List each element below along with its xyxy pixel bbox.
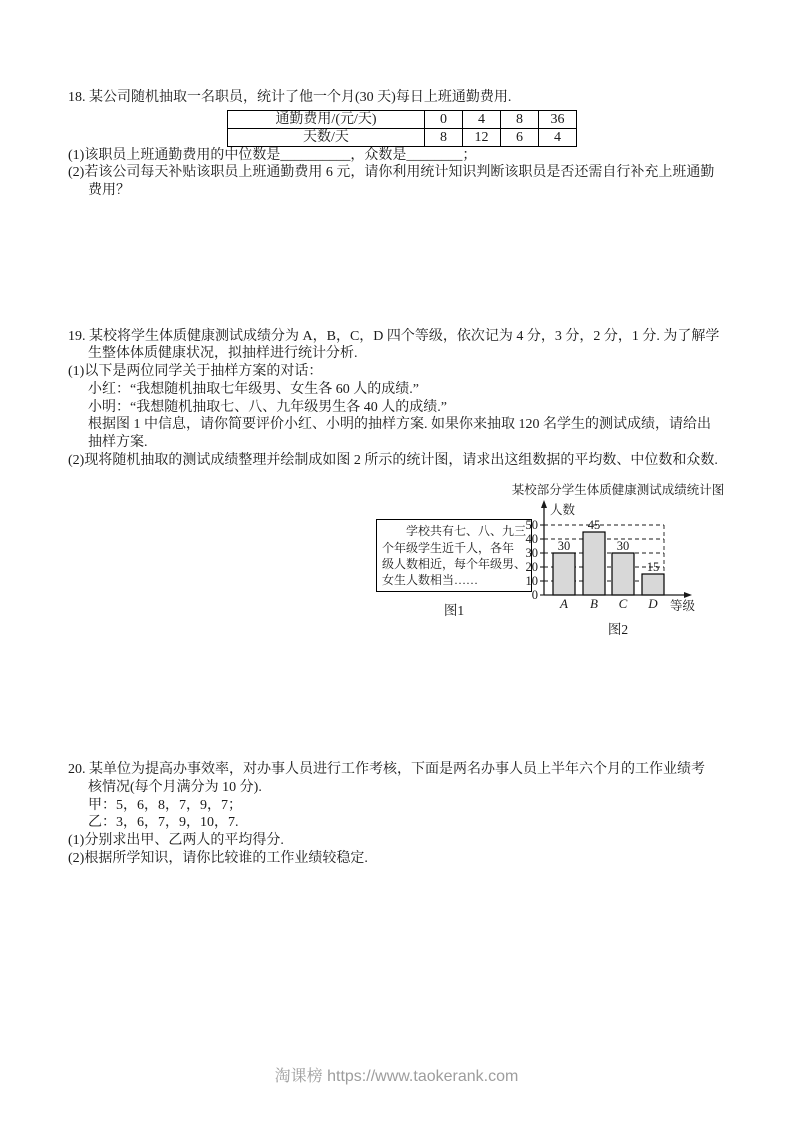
text-line: 费用？ — [68, 182, 780, 200]
text-line: (2)根据所学知识，请你比较谁的工作业绩较稳定. — [68, 850, 780, 868]
text-line: 19. 某校将学生体质健康测试成绩分为 A，B，C，D 四个等级，依次记为 4 … — [68, 328, 780, 346]
text-line: (1)分别求出甲、乙两人的平均得分. — [68, 832, 780, 850]
q19-figures: 学校共有七、八、九三个年级学生近千人，各年级人数相近，每个年级男、女生人数相当…… — [68, 483, 780, 633]
question-19: 19. 某校将学生体质健康测试成绩分为 A，B，C，D 四个等级，依次记为 4 … — [68, 328, 780, 634]
text-line: 抽样方案. — [68, 434, 780, 452]
table-cell: 4 — [463, 110, 501, 128]
table-cell: 6 — [501, 128, 539, 146]
text-line: (2)现将随机抽取的测试成绩整理并绘制成如图 2 所示的统计图，请求出这组数据的… — [68, 452, 780, 470]
text-line: 核情况(每个月满分为 10 分). — [68, 779, 780, 797]
table-row-label: 通勤费用/(元/天) — [228, 110, 425, 128]
text-line: 小红：“我想随机抽取七年级男、女生各 60 人的成绩.” — [68, 381, 780, 399]
y-tick-label: 40 — [526, 532, 539, 546]
x-category-label: D — [647, 596, 658, 611]
bar-value-label: 30 — [617, 539, 630, 553]
text-line: 生整体体质健康状况，拟抽样进行统计分析. — [68, 345, 780, 363]
chart-title: 某校部分学生体质健康测试成绩统计图 — [492, 483, 744, 498]
text-line: 小明：“我想随机抽取七、八、九年级男生各 40 人的成绩.” — [68, 399, 780, 417]
figure2-caption: 图2 — [492, 618, 744, 638]
table-cell: 0 — [425, 110, 463, 128]
x-axis-label: 等级 — [670, 599, 696, 613]
table-cell: 12 — [463, 128, 501, 146]
q19-text: 19. 某校将学生体质健康测试成绩分为 A，B，C，D 四个等级，依次记为 4 … — [68, 328, 780, 470]
table-cell: 36 — [539, 110, 577, 128]
bar-chart-svg: 30A45B30C15D01020304050人数等级 — [492, 498, 744, 618]
text-line: (1)该职员上班通勤费用的中位数是__________，众数是________； — [68, 147, 780, 165]
x-category-label: B — [590, 596, 598, 611]
x-axis-arrow — [684, 592, 692, 598]
bar-value-label: 15 — [647, 560, 660, 574]
bar-value-label: 45 — [588, 518, 601, 532]
table-cell: 8 — [501, 110, 539, 128]
text-line: 乙：3，6，7，9，10，7. — [68, 814, 780, 832]
y-tick-label: 20 — [526, 560, 539, 574]
q20-text: 20. 某单位为提高办事效率，对办事人员进行工作考核，下面是两名办事人员上半年六… — [68, 761, 780, 867]
x-category-label: C — [619, 596, 628, 611]
y-tick-label: 50 — [526, 518, 539, 532]
q18-table-body: 通勤费用/(元/天)04836天数/天81264 — [228, 110, 577, 146]
text-line: 根据图 1 中信息，请你简要评价小红、小明的抽样方案. 如果你来抽取 120 名… — [68, 416, 780, 434]
figure-2: 某校部分学生体质健康测试成绩统计图 30A45B30C15D0102030405… — [492, 483, 744, 638]
text-line: 20. 某单位为提高办事效率，对办事人员进行工作考核，下面是两名办事人员上半年六… — [68, 761, 780, 779]
bar-D — [642, 574, 664, 595]
question-18: 18. 某公司随机抽取一名职员，统计了他一个月(30 天)每日上班通勤费用. 通… — [68, 89, 780, 200]
q18-commute-cost-table: 通勤费用/(元/天)04836天数/天81264 — [227, 110, 577, 147]
bar-B — [583, 532, 605, 595]
table-cell: 4 — [539, 128, 577, 146]
table-row: 通勤费用/(元/天)04836 — [228, 110, 577, 128]
y-tick-label: 0 — [532, 588, 538, 602]
table-cell: 8 — [425, 128, 463, 146]
footer-watermark: 淘课榜 https://www.taokerank.com — [0, 1063, 793, 1086]
q18-stem: 18. 某公司随机抽取一名职员，统计了他一个月(30 天)每日上班通勤费用. — [68, 89, 780, 107]
text-line: (2)若该公司每天补贴该职员上班通勤费用 6 元，请你利用统计知识判断该职员是否… — [68, 164, 780, 182]
q18-parts: (1)该职员上班通勤费用的中位数是__________，众数是________；… — [68, 147, 780, 200]
y-axis-arrow — [541, 500, 547, 508]
bar-C — [612, 553, 634, 595]
exam-page-content: 18. 某公司随机抽取一名职员，统计了他一个月(30 天)每日上班通勤费用. 通… — [68, 89, 780, 867]
bar-value-label: 30 — [558, 539, 571, 553]
question-20: 20. 某单位为提高办事效率，对办事人员进行工作考核，下面是两名办事人员上半年六… — [68, 761, 780, 867]
bar-A — [553, 553, 575, 595]
text-line: 甲：5，6，8，7，9，7； — [68, 797, 780, 815]
y-tick-label: 30 — [526, 546, 539, 560]
y-axis-label: 人数 — [550, 502, 576, 517]
table-row: 天数/天81264 — [228, 128, 577, 146]
y-tick-label: 10 — [526, 574, 539, 588]
text-line: 18. 某公司随机抽取一名职员，统计了他一个月(30 天)每日上班通勤费用. — [68, 89, 780, 107]
text-line: (1)以下是两位同学关于抽样方案的对话： — [68, 363, 780, 381]
x-category-label: A — [559, 596, 568, 611]
table-row-label: 天数/天 — [228, 128, 425, 146]
